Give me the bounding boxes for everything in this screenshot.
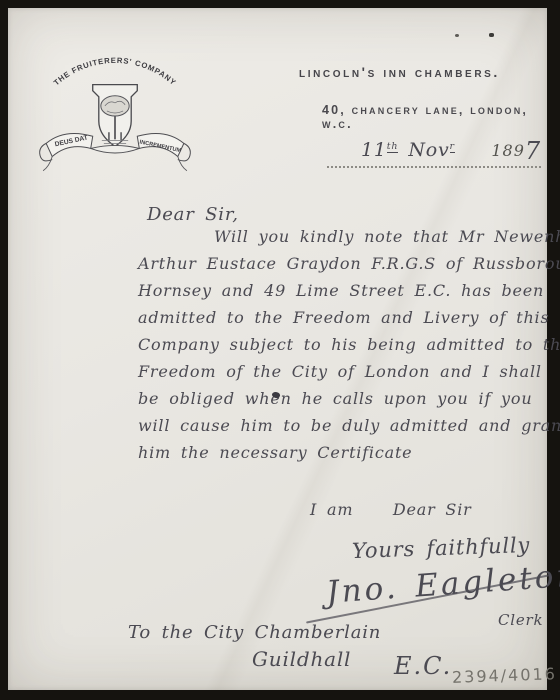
motto-ribbon-left: DEUS DAT <box>40 133 93 170</box>
date-month: Novr <box>408 139 455 161</box>
letterhead-chambers-line: Lincoln's Inn Chambers. <box>299 64 500 80</box>
fruiterers-company-crest: THE FRUITERERS' COMPANY DEUS DAT <box>34 42 196 184</box>
closing-line: I am Dear Sir <box>310 500 472 519</box>
crest-arc-text: THE FRUITERERS' COMPANY <box>52 56 178 87</box>
body-line: Hornsey and 49 Lime Street E.C. has been <box>138 281 546 308</box>
signature: Jno. Eagleton <box>325 557 560 611</box>
motto-ribbon-right: INCREMENTUM <box>137 133 190 170</box>
body-line: be obliged when he calls upon you if you <box>138 389 546 416</box>
body-line: Arthur Eustace Graydon F.R.G.S of Russbo… <box>138 254 546 281</box>
date-day: 11th <box>361 139 398 161</box>
archive-reference-number: 2394/4016 <box>452 664 557 687</box>
addressee-postal-district: E.C. <box>394 652 452 680</box>
body-line: Will you kindly note that Mr Newenham <box>214 227 546 254</box>
body-line: will cause him to be duly admitted and g… <box>138 416 546 443</box>
valediction: Yours faithfully <box>352 533 531 563</box>
body-line: him the necessary Certificate <box>138 443 546 470</box>
signer-title: Clerk <box>498 611 543 629</box>
date-month-suffix: r <box>450 141 455 153</box>
date-line: 11th Novr 189 7 <box>327 134 541 168</box>
letter-paper: THE FRUITERERS' COMPANY DEUS DAT <box>8 8 547 690</box>
letter-body: Will you kindly note that Mr Newenham Ar… <box>138 227 546 470</box>
addressee-line: To the City Chamberlain <box>128 622 381 643</box>
paper-speck <box>489 33 494 37</box>
body-line: Freedom of the City of London and I shal… <box>138 362 546 389</box>
date-year-written: 7 <box>525 137 541 165</box>
body-line: Company subject to his being admitted to… <box>138 335 546 362</box>
paper-speck <box>455 34 459 37</box>
ribbon-knot <box>91 145 140 153</box>
date-day-suffix: th <box>387 141 399 153</box>
shield-icon <box>93 85 138 147</box>
salutation: Dear Sir, <box>147 204 239 225</box>
letterhead-address-line: 40, Chancery Lane, London, W.C. <box>322 103 547 131</box>
body-line: admitted to the Freedom and Livery of th… <box>138 308 546 335</box>
photo-background: THE FRUITERERS' COMPANY DEUS DAT <box>0 0 560 700</box>
addressee-place: Guildhall <box>252 647 351 671</box>
date-year-printed: 189 <box>491 141 525 160</box>
